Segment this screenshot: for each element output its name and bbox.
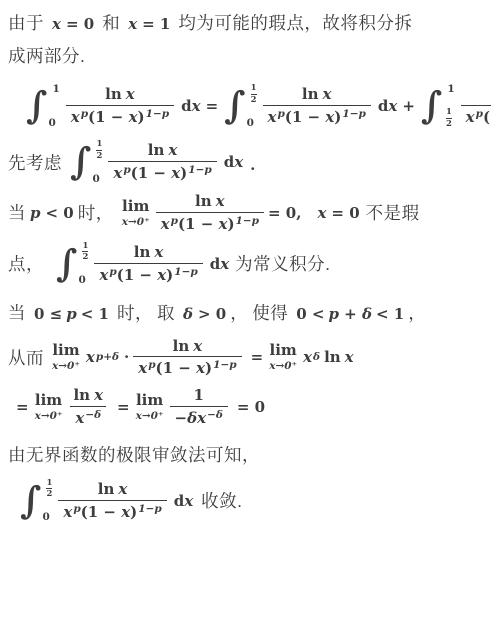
differential-dx: dx [210,255,229,273]
display-equation-split-integral: ∫ 1 0 lnx xp(1 − x)1−p dx = ∫ 12 0 lnx x… [8,84,485,128]
mini-frac-numerator: 1 [82,242,88,251]
fraction-lnx-over-xp-1minusx: lnx xp(1 − x)1−p [66,85,174,127]
text-run: 时， [78,200,114,225]
math-x-equals-0: x= 0 [317,204,359,222]
math-x: x [196,359,205,377]
math-d: d [378,97,389,115]
math-x-equals-1: x= 1 [128,13,170,36]
text-run: 时， [117,303,153,323]
math-x: x [345,348,354,366]
lim-subscript: x→0⁺ [35,411,63,422]
math-open-paren: (1 − [81,503,122,521]
math-exponent-p: p [171,215,178,227]
text-run: 取 [157,303,175,323]
math-d: d [210,255,221,273]
line-consider-first-integral: 先考虑 ∫ 12 0 lnx xp(1 − x)1−p dx . [8,140,485,184]
math-equals: = [206,97,219,115]
limit-operator-x-to-0-plus: lim x→0⁺ [52,343,80,372]
math-exponent-p: p [73,503,80,515]
math-x: x [128,13,137,36]
math-0-lt-p-plus-delta-lt-1: 0 <p + δ< 1 [296,303,404,326]
text-run: 收敛. [201,488,242,513]
math-exponent-1-minus-p: 1−p [174,266,197,278]
lower-limit-zero: 0 [42,512,52,523]
line-case-0-le-p-lt-1: 当 0 ≤p< 1 时， 取 δ> 0 ， 使得 0 <p + δ< 1 ， [8,300,485,327]
line-proper-integral: 点， ∫ 12 0 lnx xp(1 − x)1−p dx 为常义积分. [8,242,485,286]
text-run: 使得 [252,303,288,323]
math-open-paren: (1 − [483,108,491,126]
fraction-numerator: lnx [68,386,108,406]
math-x: x [86,348,95,366]
lower-limit-zero: 0 [48,118,59,129]
math-x: x [193,337,202,355]
math-p-plus-delta: p + δ [328,303,372,326]
integral-sign: ∫ [56,248,77,279]
upper-limit-one: 1 [52,84,59,95]
math-open-paren: (1 − [117,266,158,284]
math-x: x [168,141,177,159]
math-exponent-p: p [81,108,88,120]
math-gt-zero: > 0 [198,303,226,326]
mini-frac-denominator: 2 [96,150,102,161]
math-x: x [171,164,180,182]
differential-dx: dx [378,97,397,115]
fraction-lnx-over-x-neg-delta: lnx x−δ [68,386,108,428]
comma: ， [408,303,426,323]
math-ln: ln [73,386,90,404]
integral-limits: 12 0 [42,479,52,523]
math-exponent-1-minus-p: 1−p [138,503,161,515]
math-open-paren: (1 − [88,108,129,126]
math-x: x [323,85,332,103]
integral-0-to-1: ∫ 1 0 [26,84,60,128]
text-run: 从而 [8,345,44,370]
math-open-paren: (1 − [131,164,172,182]
math-x: x [126,85,135,103]
text-run: 由于 [8,13,44,33]
integral-0-to-one-half: ∫ 12 0 [56,242,88,286]
lim-subscript: x→0⁺ [269,361,297,372]
math-equals-zero: = 0 [66,13,94,36]
math-lt-zero: < 0 [46,204,74,222]
text-run: 成两部分. [8,46,85,66]
math-exponent-p: p [476,108,483,120]
upper-limit-one-half: 12 [46,479,52,499]
math-exponent-p: p [148,359,155,371]
math-equals-zero: = 0 [331,204,359,222]
lower-limit-zero: 0 [92,174,102,185]
math-equals-zero: = 0 [237,398,265,416]
upper-limit-one-half: 12 [251,84,257,104]
lower-limit-zero: 0 [78,275,88,286]
fraction-lnx-over-xp-1minusx: lnx xp(1 − x)1−p [58,480,166,522]
line-case-p-less-than-0: 当 p< 0 时， lim x→0⁺ lnx xp(1 − x)1−p = 0,… [8,192,485,234]
math-exponent-delta: δ [313,352,320,363]
fraction-denominator: xp(1 − x)1−p [108,161,216,183]
math-x-pow-delta-ln-x: xδlnx [303,348,354,366]
text-run: 为常义积分. [235,251,330,276]
integral-sign: ∫ [26,90,47,121]
integral-limits: 1 12 [443,84,454,128]
text-run: 由无界函数的极限审敛法可知， [8,445,260,465]
fraction-denominator: −δx−δ [170,406,228,428]
math-0-le-p-lt-1: 0 ≤p< 1 [34,303,109,326]
math-exponent-neg-delta: −δ [85,409,101,421]
math-x: x [121,503,130,521]
math-close-paren: ) [138,108,145,126]
fraction-lnx-over-xp-1minusx: lnx xp(1 − x)1−p [108,141,216,183]
fraction-numerator: lnx [143,141,183,161]
math-ln: ln [105,85,122,103]
math-ln: ln [148,141,165,159]
upper-limit-one: 1 [447,84,454,95]
math-exponent-1-minus-p: 1−p [236,215,259,227]
fraction-denominator: xp(1 − x)1−p [263,105,371,127]
math-zero-lt: 0 < [296,303,324,326]
text-run: 当 [8,200,26,225]
mini-frac-numerator: 1 [96,140,102,149]
fraction-denominator: xp(1 − x)1−p [58,500,166,522]
upper-limit-one-half: 12 [96,140,102,160]
line-convergence-test-statement: 由无界函数的极限审敛法可知， [8,442,485,469]
math-p-lt-0: p< 0 [30,204,74,222]
limit-operator-x-to-0-plus: lim x→0⁺ [35,393,63,422]
math-equals: = [117,398,130,416]
lim-subscript: x→0⁺ [52,361,80,372]
math-equals-one: = 1 [142,13,170,36]
lim-word: lim [35,393,62,408]
math-exponent-1-minus-p: 1−p [213,359,236,371]
math-p: p [30,204,41,222]
math-delta: δ [183,303,193,326]
math-exponent-neg-delta: −δ [207,409,223,421]
integral-sign: ∫ [70,146,91,177]
math-open-paren: (1 − [285,108,326,126]
integral-one-half-to-1: ∫ 1 12 [421,84,455,128]
math-x: x [234,153,243,171]
fraction-numerator: lnx [297,85,337,105]
math-x: x [388,97,397,115]
integral-limits: 1 0 [48,84,59,128]
math-exponent-p: p [123,164,130,176]
math-p: p [66,303,77,326]
math-x: x [220,255,229,273]
math-ln: ln [173,337,190,355]
mini-frac-numerator: 1 [251,84,257,93]
integral-sign: ∫ [421,90,442,121]
math-equals-zero-comma: = 0, [268,204,301,222]
fraction-numerator: lnx [129,243,169,263]
math-x: x [161,215,170,233]
math-x: x [268,108,277,126]
math-x: x [94,386,103,404]
math-equals: = [251,348,264,366]
math-x: x [118,480,127,498]
paragraph-intro-line1: 由于 x= 0 和 x= 1 均为可能的瑕点，故将积分拆 [8,10,485,37]
math-close-paren: ) [180,164,187,182]
math-x: x [138,359,147,377]
limit-operator-x-to-0-plus: lim x→0⁺ [269,343,297,372]
text-run: 点， [8,251,44,276]
integral-limits: 12 0 [92,140,102,184]
lim-word: lim [52,343,79,358]
math-x: x [466,108,475,126]
math-x: x [71,108,80,126]
math-x: x [303,348,312,366]
math-x: x [75,409,84,427]
fraction-numerator: lnx [168,337,208,357]
fraction-denominator: xp(1 − x)1−p [133,356,241,378]
math-close-paren: ) [227,215,234,233]
lower-limit-zero: 0 [247,118,257,129]
math-exponent-1-minus-p: 1−p [342,108,365,120]
math-one: 1 [193,386,203,404]
math-solution-document: 由于 x= 0 和 x= 1 均为可能的瑕点，故将积分拆 成两部分. ∫ 1 0… [0,0,491,619]
math-close-paren: ) [130,503,137,521]
differential-dx: dx [174,492,193,510]
lim-subscript: x→0⁺ [136,411,164,422]
math-exponent-p-plus-delta: p+δ [96,352,119,363]
math-close-paren: ) [166,266,173,284]
math-x: x [184,492,193,510]
period: . [250,156,255,174]
integral-0-to-one-half: ∫ 12 0 [70,140,102,184]
math-d: d [174,492,185,510]
math-delta-gt-0: δ> 0 [183,303,226,326]
fraction-denominator: xp(1 − x)1−p [461,105,491,127]
math-x: x [113,164,122,182]
math-equals: = [16,398,29,416]
fraction-denominator: x−δ [70,406,106,428]
mini-frac-denominator: 2 [251,94,257,105]
fraction-lnx-over-xp-1minusx: lnx xp(1 − x)1−p [94,243,202,285]
text-run: 当 [8,303,26,323]
math-exponent-p: p [277,108,284,120]
math-ln: ln [195,192,212,210]
limit-operator-x-to-0-plus: lim x→0⁺ [122,199,150,228]
math-x: x [154,243,163,261]
math-x: x [52,13,61,36]
math-ln: ln [324,348,341,366]
fraction-numerator: lnx [93,480,133,500]
math-zero-le: 0 ≤ [34,303,62,326]
line-limit-transformation: 从而 lim x→0⁺ xp+δ · lnx xp(1 − x)1−p = li… [8,337,485,379]
math-x: x [192,97,201,115]
math-d: d [181,97,192,115]
differential-dx: dx [181,97,200,115]
math-exponent-p: p [109,266,116,278]
math-cdot: · [124,348,129,366]
lim-word: lim [122,199,149,214]
fraction-denominator: xp(1 − x)1−p [156,212,264,234]
math-ln: ln [98,480,115,498]
mini-frac-denominator: 2 [446,118,452,129]
math-x: x [325,108,334,126]
math-x: x [99,266,108,284]
fraction-lnx-over-xp-1minusx: lnx xp(1 − x)1−p [156,192,264,234]
fraction-numerator: lnx [190,192,230,212]
upper-limit-one-half: 12 [82,242,88,262]
math-x: x [63,503,72,521]
fraction-one-over-neg-delta-x: 1 −δx−δ [170,386,228,428]
limit-operator-x-to-0-plus: lim x→0⁺ [136,393,164,422]
line-limit-evaluation: = lim x→0⁺ lnx x−δ = lim x→0⁺ 1 −δx−δ = … [8,386,485,428]
lim-word: lim [136,393,163,408]
comma: ， [230,303,248,323]
mini-frac-numerator: 1 [446,108,452,117]
math-close-paren: ) [334,108,341,126]
text-run: 先考虑 [8,150,62,175]
line-conclusion-converges: ∫ 12 0 lnx xp(1 − x)1−p dx 收敛. [8,479,485,523]
fraction-denominator: xp(1 − x)1−p [66,105,174,127]
fraction-lnx-over-xp-1minusx: lnx xp(1 − x)1−p [263,85,371,127]
math-neg-delta-x: −δx [175,409,207,427]
math-x: x [216,192,225,210]
math-x: x [317,204,326,222]
integral-0-to-one-half: ∫ 12 0 [20,479,52,523]
fraction-numerator: 1 [188,386,208,406]
math-lt-one: < 1 [376,303,404,326]
mini-frac-denominator: 2 [82,251,88,262]
paragraph-intro-line2: 成两部分. [8,43,485,70]
math-plus: + [402,97,415,115]
math-open-paren: (1 − [178,215,219,233]
math-x: x [129,108,138,126]
math-x: x [157,266,166,284]
lim-word: lim [270,343,297,358]
math-open-paren: (1 − [156,359,197,377]
math-ln: ln [134,243,151,261]
fraction-numerator: lnx [100,85,140,105]
integral-sign: ∫ [20,485,41,516]
text-run: 均为可能的瑕点，故将积分拆 [178,13,412,33]
math-token: = [16,398,29,416]
fraction-denominator: xp(1 − x)1−p [94,263,202,285]
math-exponent-1-minus-p: 1−p [188,164,211,176]
mini-frac-denominator: 2 [46,488,52,499]
integral-0-to-one-half: ∫ 12 0 [224,84,256,128]
math-lt-one: < 1 [81,303,109,326]
math-x-pow-p-plus-delta: xp+δ [86,348,119,366]
math-exponent-1-minus-p: 1−p [146,108,169,120]
math-ln: ln [302,85,319,103]
integral-sign: ∫ [224,90,245,121]
fraction-lnx-over-xp-1minusx: lnx xp(1 − x)1−p [133,337,241,379]
integral-limits: 12 0 [247,84,257,128]
lim-subscript: x→0⁺ [122,217,150,228]
differential-dx: dx [224,153,243,171]
integral-limits: 12 0 [78,242,88,286]
math-x-equals-0: x= 0 [52,13,94,36]
mini-frac-numerator: 1 [46,479,52,488]
math-close-paren: ) [205,359,212,377]
text-run: 和 [102,13,120,33]
math-d: d [224,153,235,171]
text-run: 不是瑕 [366,200,420,225]
fraction-lnx-over-xp-1minusx: lnx xp(1 − x)1−p [461,85,491,127]
lower-limit-one-half: 12 [443,108,454,128]
